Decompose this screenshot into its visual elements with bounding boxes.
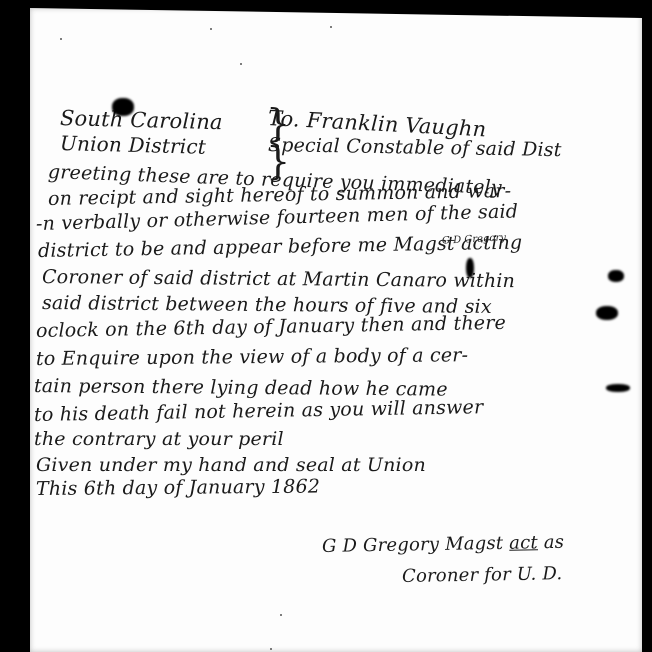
ink-blot: [596, 306, 618, 320]
signature-line-1: G D Gregory Magst act as: [322, 532, 565, 557]
body-line: to Enquire upon the view of a body of a …: [36, 344, 468, 370]
paper-speck: [270, 648, 272, 650]
addressee-line-2: Special Constable of said Dist: [268, 134, 562, 161]
paper-speck: [240, 63, 242, 65]
signature-as: as: [544, 532, 565, 553]
body-line: Given under my hand and seal at Union: [36, 454, 426, 476]
caption-district: Union District: [60, 131, 207, 159]
paper-speck: [60, 38, 62, 40]
body-line: Coroner of said district at Martin Canar…: [42, 266, 515, 292]
paper-speck: [210, 28, 212, 30]
body-line: the contrary at your peril: [34, 428, 284, 450]
signature-act-underlined: act: [509, 532, 538, 553]
body-line: tain person there lying dead how he came: [34, 375, 448, 401]
body-line: This 6th day of January 1862: [36, 476, 320, 500]
paper-speck: [280, 614, 282, 616]
paper-speck: [330, 26, 332, 28]
ink-blot: [608, 270, 624, 282]
body-line: to his death fail not herein as you will…: [34, 396, 484, 426]
document-page: South Carolina Union District }} To. Fra…: [30, 8, 642, 652]
signature-line-2: Coroner for U. D.: [402, 563, 563, 587]
caption-state: South Carolina: [60, 106, 223, 134]
ink-blot: [606, 384, 630, 392]
ink-blot: [466, 258, 474, 278]
ink-blot: [112, 98, 134, 116]
signature-name: G D Gregory Magst: [322, 533, 504, 557]
body-line: oclock on the 6th day of January then an…: [36, 312, 506, 342]
